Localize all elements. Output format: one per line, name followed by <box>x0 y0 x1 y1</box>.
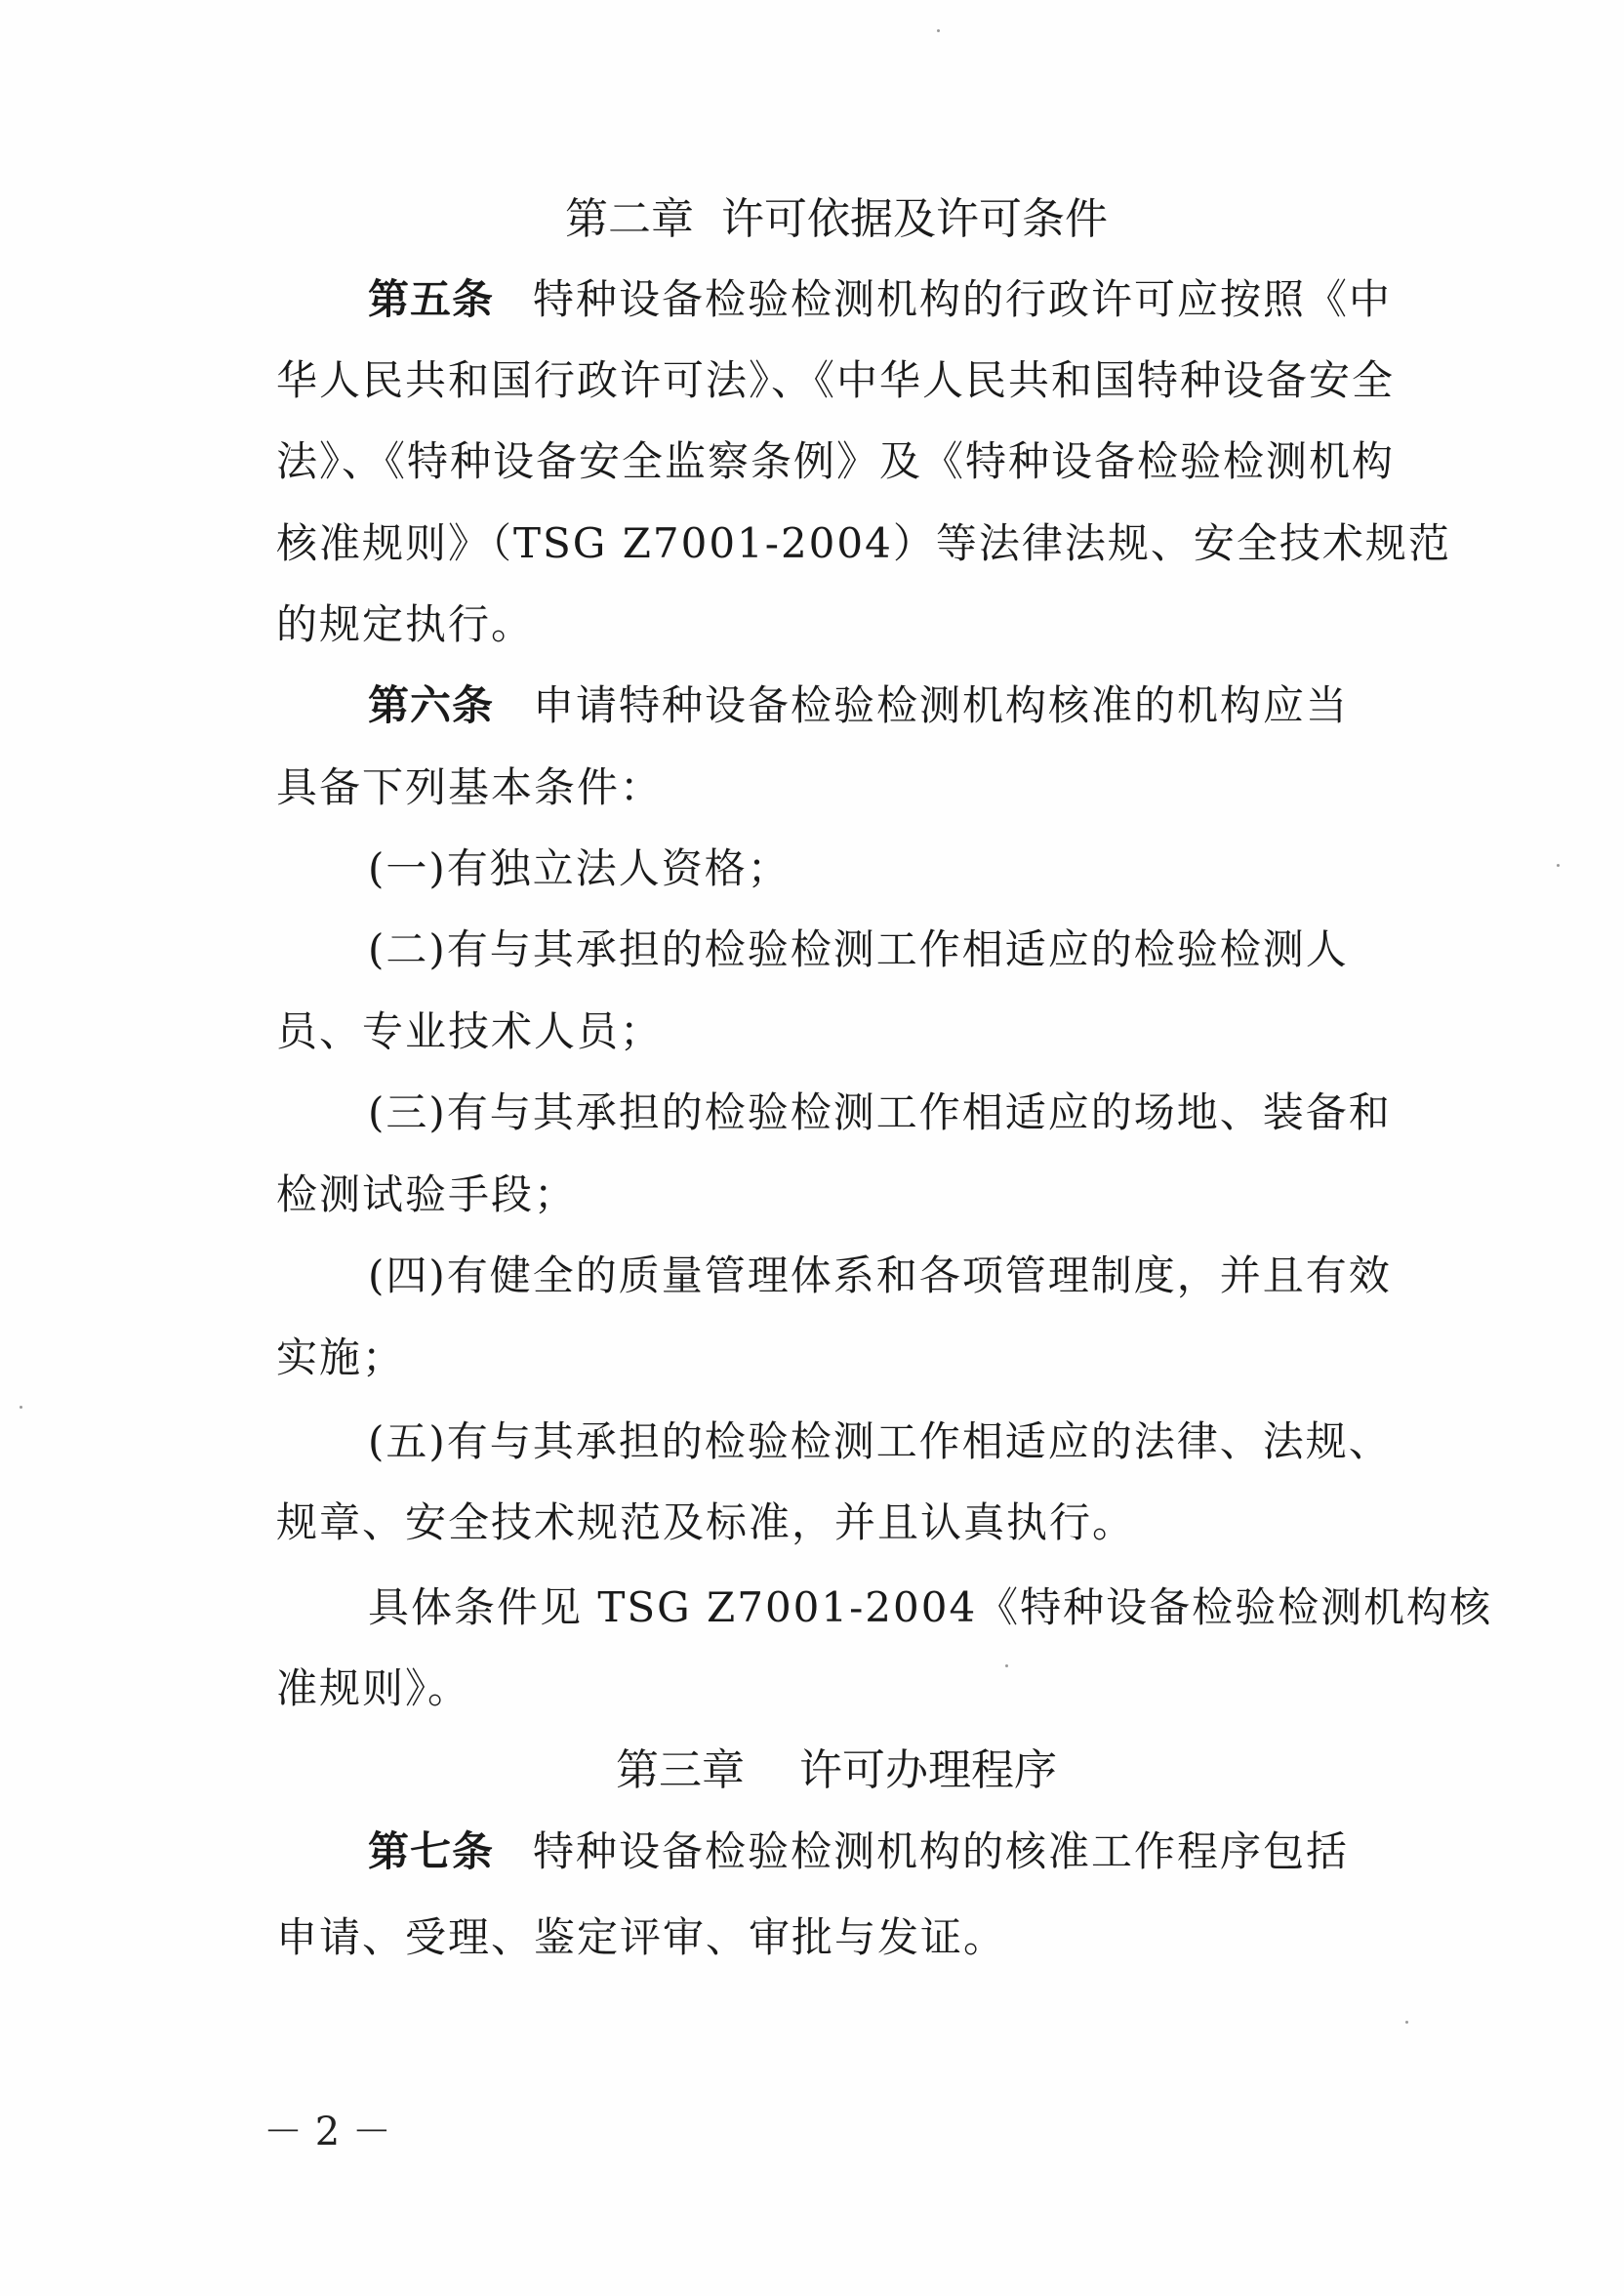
article-7-label: 第七条 <box>368 1827 494 1875</box>
article-5-line: 法》、《特种设备安全监察条例》及《特种设备检验检测机构 <box>276 421 1418 503</box>
document-page: 第二章 许可依据及许可条件 第五条特种设备检验检测机构的行政许可应按照《中 华人… <box>0 0 1624 2296</box>
article-7-line: 申请、受理、鉴定评审、审批与发证。 <box>276 1897 1418 1979</box>
scan-speck <box>1005 1664 1008 1667</box>
article-5-text: 特种设备检验检测机构的行政许可应按照《中 <box>533 275 1392 323</box>
condition-item-3: (三)有与其承担的检验检测工作相适应的场地、装备和 <box>276 1072 1510 1154</box>
scan-speck <box>20 1406 22 1409</box>
article-7-first-line: 第七条特种设备检验检测机构的核准工作程序包括 <box>276 1811 1510 1893</box>
condition-item-3-cont: 检测试验手段； <box>276 1154 1418 1236</box>
article-6-label: 第六条 <box>368 681 494 729</box>
article-5-line: 的规定执行。 <box>276 584 1418 666</box>
condition-item-4-cont: 实施； <box>276 1317 1418 1399</box>
condition-item-1: (一)有独立法人资格； <box>276 828 1510 910</box>
conditions-note-cont: 准规则》。 <box>276 1648 1418 1730</box>
condition-item-2-cont: 员、专业技术人员； <box>276 991 1418 1073</box>
article-5-label: 第五条 <box>368 275 494 323</box>
conditions-note: 具体条件见 TSG Z7001-2004《特种设备检验检测机构核 <box>276 1567 1510 1649</box>
condition-item-5: (五)有与其承担的检验检测工作相适应的法律、法规、 <box>276 1401 1510 1483</box>
scan-speck <box>937 29 940 32</box>
chapter-2-heading: 第二章 许可依据及许可条件 <box>0 179 1624 261</box>
article-5-first-line: 第五条特种设备检验检测机构的行政许可应按照《中 <box>276 259 1510 341</box>
chapter-3-heading: 第三章 许可办理程序 <box>0 1730 1624 1812</box>
condition-item-4: (四)有健全的质量管理体系和各项管理制度，并且有效 <box>276 1235 1510 1317</box>
article-5-line: 华人民共和国行政许可法》、《中华人民共和国特种设备安全 <box>276 340 1418 422</box>
article-6-text: 申请特种设备检验检测机构核准的机构应当 <box>533 681 1349 729</box>
article-7-text: 特种设备检验检测机构的核准工作程序包括 <box>533 1827 1349 1875</box>
scan-speck <box>1405 2021 1408 2024</box>
condition-item-5-cont: 规章、安全技术规范及标准，并且认真执行。 <box>276 1482 1418 1564</box>
article-5-line: 核准规则》（TSG Z7001-2004）等法律法规、安全技术规范 <box>276 503 1418 585</box>
article-6-line: 具备下列基本条件： <box>276 747 1418 829</box>
article-6-first-line: 第六条申请特种设备检验检测机构核准的机构应当 <box>276 665 1510 747</box>
scan-speck <box>1557 864 1560 867</box>
page-number: － 2 － <box>264 2101 391 2156</box>
condition-item-2: (二)有与其承担的检验检测工作相适应的检验检测人 <box>276 909 1510 991</box>
